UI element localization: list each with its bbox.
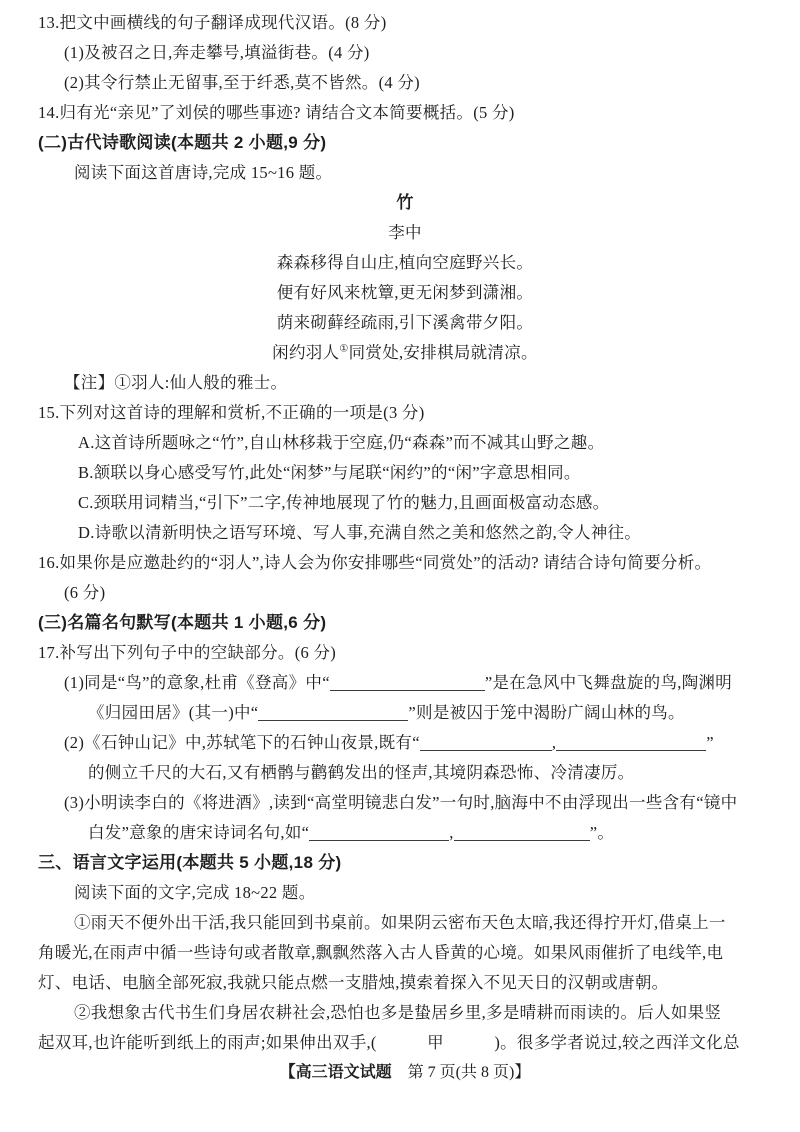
poem-line-4-pre: 闲约羽人 xyxy=(272,343,339,362)
passage-p1-line2: 角暖光,在雨声中循一些诗句或者散章,飘飘然落入古人昏黄的心境。如果风雨催折了电线… xyxy=(38,938,772,968)
answer-blank xyxy=(454,824,590,842)
poem-note: 【注】①羽人:仙人般的雅士。 xyxy=(38,368,772,398)
section-language-intro: 阅读下面的文字,完成 18~22 题。 xyxy=(38,878,772,908)
q15-option-d: D.诗歌以清新明快之语写环境、写人事,充满自然之美和悠然之韵,令人神往。 xyxy=(38,518,772,548)
footnote-marker: ① xyxy=(339,344,348,355)
poem-line-4-post: 同赏处,安排棋局就清凉。 xyxy=(349,343,538,362)
q15-option-b: B.颔联以身心感受写竹,此处“闲梦”与尾联“闲约”的“闲”字意思相同。 xyxy=(38,458,772,488)
q17-sub3-text-b: 白发”意象的唐宋诗词名句,如“ xyxy=(88,823,309,842)
q17-sub3-line2: 白发”意象的唐宋诗词名句,如“,”。 xyxy=(38,818,772,848)
footer-page-number: 第 7 页(共 8 页)】 xyxy=(392,1064,531,1081)
q17-sub3-line1: (3)小明读李白的《将进酒》,读到“高堂明镜悲白发”一句时,脑海中不由浮现出一些… xyxy=(38,788,772,818)
q17-sub1-text-d: ”则是被囚于笼中渴盼广阔山林的鸟。 xyxy=(408,703,684,722)
q17-sub1-line2: 《归园田居》(其一)中“”则是被囚于笼中渴盼广阔山林的鸟。 xyxy=(38,698,772,728)
passage-p2-line2: 起双耳,也许能听到纸上的雨声;如果伸出双手,( 甲 )。很多学者说过,较之西洋文… xyxy=(38,1028,772,1058)
q17-sub1-text-c: 《归园田居》(其一)中“ xyxy=(88,703,258,722)
poem-line-4: 闲约羽人①同赏处,安排棋局就清凉。 xyxy=(38,338,772,368)
q15-option-c: C.颈联用词精当,“引下”二字,传神地展现了竹的魅力,且画面极富动态感。 xyxy=(38,488,772,518)
passage-p2-line1: ②我想象古代书生们身居农耕社会,恐怕也多是蛰居乡里,多是晴耕而雨读的。后人如果竖 xyxy=(38,998,772,1028)
q16-score: (6 分) xyxy=(38,578,772,608)
poem-line-2: 便有好风来枕簟,更无闲梦到潇湘。 xyxy=(38,278,772,308)
q16-stem: 16.如果你是应邀赴约的“羽人”,诗人会为你安排哪些“同赏处”的活动? 请结合诗… xyxy=(38,548,772,578)
q13-sub-1: (1)及被召之日,奔走攀号,填溢街巷。(4 分) xyxy=(38,38,772,68)
section-dictation-heading: (三)名篇名句默写(本题共 1 小题,6 分) xyxy=(38,608,772,638)
answer-blank xyxy=(420,734,552,752)
section-poetry-heading: (二)古代诗歌阅读(本题共 2 小题,9 分) xyxy=(38,128,772,158)
answer-blank xyxy=(258,704,408,722)
poem-line-3: 荫来砌藓经疏雨,引下溪禽带夕阳。 xyxy=(38,308,772,338)
answer-blank xyxy=(330,674,485,692)
q17-sub2-text-b: ” xyxy=(706,733,714,752)
footer-paper-title: 【高三语文试题 xyxy=(280,1064,392,1081)
q14-stem: 14.归有光“亲见”了刘侯的哪些事迹? 请结合文本简要概括。(5 分) xyxy=(38,98,772,128)
page-footer: 【高三语文试题 第 7 页(共 8 页)】 xyxy=(38,1058,772,1088)
q17-sub1-text-b: ”是在急风中飞舞盘旋的鸟,陶渊明 xyxy=(485,673,732,692)
exam-page: 13.把文中画横线的句子翻译成现代汉语。(8 分) (1)及被召之日,奔走攀号,… xyxy=(0,0,800,1132)
poem-author: 李中 xyxy=(38,218,772,248)
q13-sub-2: (2)其令行禁止无留事,至于纤悉,莫不皆然。(4 分) xyxy=(38,68,772,98)
poem-line-1: 森森移得自山庄,植向空庭野兴长。 xyxy=(38,248,772,278)
section-poetry-intro: 阅读下面这首唐诗,完成 15~16 题。 xyxy=(38,158,772,188)
q17-sub3-text-c: ”。 xyxy=(590,823,614,842)
answer-blank xyxy=(309,824,449,842)
poem-title: 竹 xyxy=(38,188,772,218)
passage-p1-line3: 灯、电话、电脑全部死寂,我就只能点燃一支腊烛,摸索着探入不见天日的汉朝或唐朝。 xyxy=(38,968,772,998)
q17-stem: 17.补写出下列句子中的空缺部分。(6 分) xyxy=(38,638,772,668)
q17-sub2-line1: (2)《石钟山记》中,苏轼笔下的石钟山夜景,既有“,” xyxy=(38,728,772,758)
q13-stem: 13.把文中画横线的句子翻译成现代汉语。(8 分) xyxy=(38,8,772,38)
section-language-heading: 三、语言文字运用(本题共 5 小题,18 分) xyxy=(38,848,772,878)
q17-sub2-line2: 的侧立千尺的大石,又有栖鹘与鹳鹤发出的怪声,其境阴森恐怖、冷清凄厉。 xyxy=(38,758,772,788)
q17-sub1-line1: (1)同是“鸟”的意象,杜甫《登高》中“”是在急风中飞舞盘旋的鸟,陶渊明 xyxy=(38,668,772,698)
answer-blank xyxy=(556,734,706,752)
q17-sub2-text-a: (2)《石钟山记》中,苏轼笔下的石钟山夜景,既有“ xyxy=(64,733,420,752)
q17-sub1-text-a: (1)同是“鸟”的意象,杜甫《登高》中“ xyxy=(64,673,330,692)
passage-p1-line1: ①雨天不便外出干活,我只能回到书桌前。如果阴云密布天色太暗,我还得拧开灯,借桌上… xyxy=(38,908,772,938)
q15-option-a: A.这首诗所题咏之“竹”,自山林移栽于空庭,仍“森森”而不减其山野之趣。 xyxy=(38,428,772,458)
q15-stem: 15.下列对这首诗的理解和赏析,不正确的一项是(3 分) xyxy=(38,398,772,428)
